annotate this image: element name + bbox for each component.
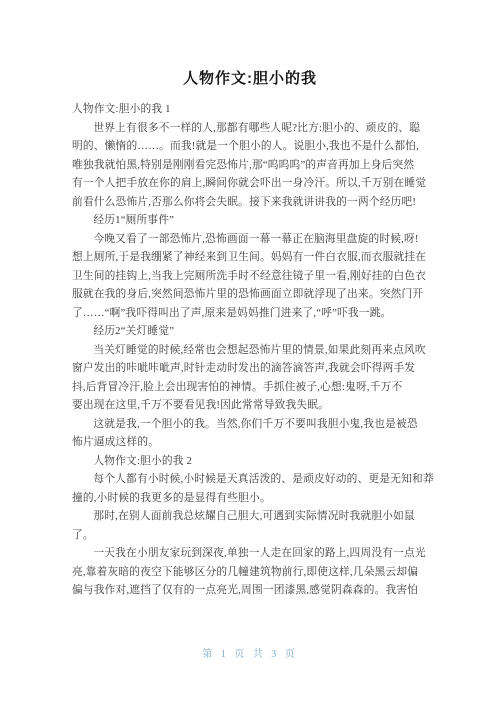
page-footer: 第 1 页 共 3 页 (0, 645, 500, 660)
text-line: 前看什么恐怖片,否那么你将会失眠。接下来我就讲讲我的一两个经历吧! (72, 193, 428, 212)
text-line: 了。 (72, 526, 428, 545)
text-line: 人物作文:胆小的我 2 (72, 452, 428, 471)
text-line: 唯独我就怕黑,特别是刚刚看完恐怖片,那“呜呜呜”的声音再加上身后突然 (72, 156, 428, 175)
text-line: 有一个人把手放在你的肩上,瞬间你就会吓出一身冷汗。所以,千万别在睡觉 (72, 174, 428, 193)
text-line: 这就是我,一个胆小的我。当然,你们千万不要叫我胆小鬼,我也是被恐 (72, 415, 428, 434)
text-line: 要出现在这里,千万不要看见我!因此常常导致我失眠。 (72, 396, 428, 415)
text-line: 卫生间的挂钩上,当我上完厕所洗手时不经意往镜子里一看,刚好挂的白色衣 (72, 267, 428, 286)
text-line: 当关灯睡觉的时候,经常也会想起恐怖片里的情景,如果此刻再来点风吹 (72, 341, 428, 360)
text-line: 人物作文:胆小的我 1 (72, 100, 428, 119)
text-line: 怖片逼成这样的。 (72, 433, 428, 452)
text-line: 那时,在别人面前我总炫耀自己胆大,可遇到实际情况时我就胆小如鼠 (72, 507, 428, 526)
text-line: 了……“啊”我吓得叫出了声,原来是妈妈推门进来了,“呼”吓我一跳。 (72, 304, 428, 323)
text-line: 明的、懒惰的……。而我!就是一个胆小的人。说胆小,我也不是什么都怕, (72, 137, 428, 156)
text-line: 经历2“关灯睡觉” (72, 322, 428, 341)
document-page: 人物作文:胆小的我 人物作文:胆小的我 1世界上有很多不一样的人,那都有哪些人呢… (0, 0, 500, 707)
text-line: 偏与我作对,遮挡了仅有的一点亮光,周围一团漆黑,感觉阴森森的。我害怕 (72, 581, 428, 600)
text-line: 亮,靠着灰暗的夜空下能够区分的几幢建筑物前行,即使这样,几朵黑云却偏 (72, 563, 428, 582)
document-body: 人物作文:胆小的我 1世界上有很多不一样的人,那都有哪些人呢?比方:胆小的、顽皮… (0, 100, 500, 600)
document-title: 人物作文:胆小的我 (0, 0, 500, 89)
text-line: 撞的,小时候的我更多的是显得有些胆小。 (72, 489, 428, 508)
text-line: 抖,后背冒冷汗,脸上会出现害怕的神情。手抓住被子,心想:鬼呀,千万不 (72, 378, 428, 397)
text-line: 窗户发出的咔呲咔呲声,时针走动时发出的滴答滴答声,我就会吓得两手发 (72, 359, 428, 378)
text-line: 世界上有很多不一样的人,那都有哪些人呢?比方:胆小的、顽皮的、聪 (72, 119, 428, 138)
text-line: 每个人都有小时候,小时候是天真活泼的、是顽皮好动的、更是无知和莽 (72, 470, 428, 489)
text-line: 今晚又看了一部恐怖片,恐怖画面一幕一幕正在脑海里盘旋的时候,呀! (72, 230, 428, 249)
text-line: 一天我在小朋友家玩到深夜,单独一人走在回家的路上,四周没有一点光 (72, 544, 428, 563)
text-line: 服就在我的身后,突然间恐怖片里的恐怖画面立即就浮现了出来。突然门开 (72, 285, 428, 304)
text-line: 想上厕所,于是我绷紧了神经来到卫生间。妈妈有一件白衣服,而衣服就挂在 (72, 248, 428, 267)
text-line: 经历1“厕所事件” (72, 211, 428, 230)
